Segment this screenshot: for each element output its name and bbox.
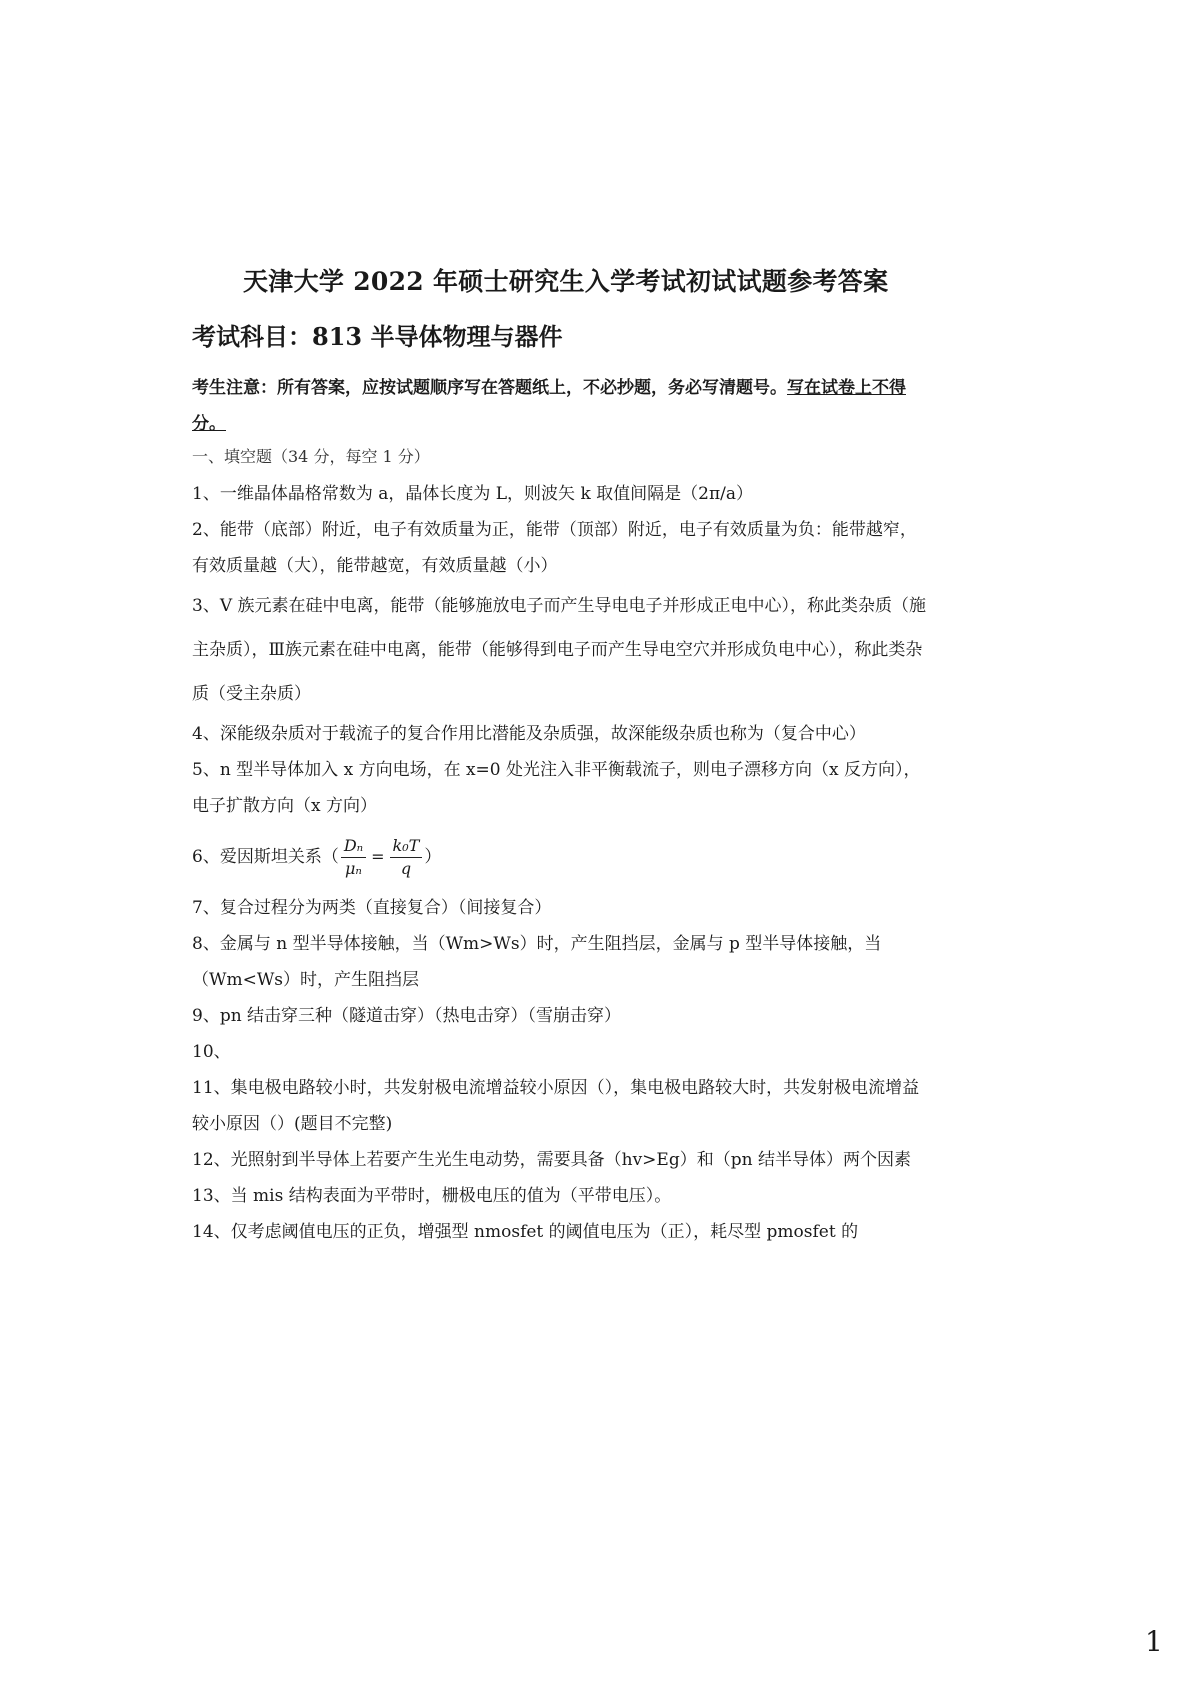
equals-sign: = <box>371 839 384 875</box>
notice-text: 考生注意：所有答案，应按试题顺序写在答题纸上，不必抄题，务必写清题号。 <box>192 378 787 398</box>
question-12: 12、光照射到半导体上若要产生光生电动势，需要具备（hv>Eg）和（pn 结半导… <box>192 1142 927 1178</box>
einstein-lhs-fraction: Dₙ μₙ <box>341 835 366 880</box>
question-5: 5、n 型半导体加入 x 方向电场，在 x=0 处光注入非平衡载流子，则电子漂移… <box>192 752 927 824</box>
page-number: 1 <box>1145 1625 1163 1658</box>
exam-subject: 考试科目：813 半导体物理与器件 <box>192 317 562 352</box>
section-heading: 一、填空题（34 分，每空 1 分） <box>192 444 430 467</box>
question-4: 4、深能级杂质对于载流子的复合作用比潜能及杂质强，故深能级杂质也称为（复合中心） <box>192 716 927 752</box>
question-14: 14、仅考虑阈值电压的正负，增强型 nmosfet 的阈值电压为（正），耗尽型 … <box>192 1214 927 1250</box>
question-10: 10、 <box>192 1034 927 1070</box>
einstein-rhs-fraction: k₀T q <box>390 835 423 880</box>
question-9: 9、pn 结击穿三种（隧道击穿）（热电击穿）（雪崩击穿） <box>192 998 927 1034</box>
question-8: 8、金属与 n 型半导体接触，当（Wm>Ws）时，产生阻挡层，金属与 p 型半导… <box>192 926 927 998</box>
question-6-prefix: 6、爱因斯坦关系（ <box>192 839 339 875</box>
question-11: 11、集电极电路较小时，共发射极电流增益较小原因（），集电极电路较大时，共发射极… <box>192 1070 927 1142</box>
question-1: 1、一维晶体晶格常数为 a，晶体长度为 L，则波矢 k 取值间隔是（2π/a） <box>192 476 927 512</box>
page-title: 天津大学 2022 年硕士研究生入学考试初试试题参考答案 <box>243 262 888 298</box>
question-2: 2、能带（底部）附近，电子有效质量为正，能带（顶部）附近，电子有效质量为负：能带… <box>192 512 927 584</box>
question-7: 7、复合过程分为两类（直接复合）（间接复合） <box>192 890 927 926</box>
candidate-notice: 考生注意：所有答案，应按试题顺序写在答题纸上，不必抄题，务必写清题号。写在试卷上… <box>192 370 927 442</box>
question-6-suffix: ） <box>424 839 441 875</box>
question-13: 13、当 mis 结构表面为平带时，栅极电压的值为（平带电压）。 <box>192 1178 927 1214</box>
question-3: 3、V 族元素在硅中电离，能带（能够施放电子而产生导电电子并形成正电中心），称此… <box>192 584 927 716</box>
question-list: 1、一维晶体晶格常数为 a，晶体长度为 L，则波矢 k 取值间隔是（2π/a） … <box>192 476 927 1250</box>
question-6: 6、爱因斯坦关系（ Dₙ μₙ = k₀T q ） <box>192 824 927 890</box>
